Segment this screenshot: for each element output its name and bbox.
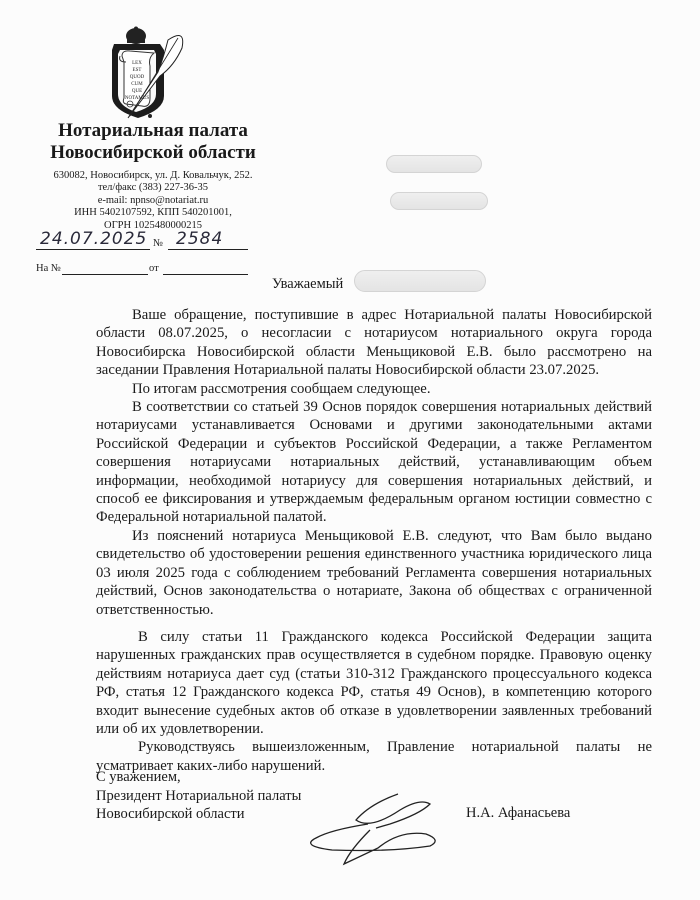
- svg-text:LEX: LEX: [132, 61, 142, 66]
- letter-page: LEX EST QUOD CUM QUE NOTAMUS Нотариальна…: [0, 0, 700, 900]
- svg-text:CUM: CUM: [131, 82, 143, 87]
- svg-text:QUE: QUE: [132, 89, 142, 94]
- paragraph-civil-code: В силу статьи 11 Гражданского кодекса Ро…: [96, 628, 652, 738]
- svg-text:NOTAMUS: NOTAMUS: [125, 96, 150, 101]
- paragraph-article-39: В соответствии со статьей 39 Основ поряд…: [96, 398, 652, 527]
- handwritten-number: 2584: [176, 229, 223, 249]
- handwritten-signature-icon: [280, 790, 460, 870]
- inn-kpp: ИНН 5402107592, КПП 540201001,: [28, 207, 278, 219]
- closing-block: С уважением, Президент Нотариальной пала…: [96, 768, 301, 824]
- org-name-line2: Новосибирской области: [28, 142, 278, 164]
- closing-regards: С уважением,: [96, 768, 301, 787]
- date-underline: [36, 249, 150, 250]
- signer-name: Н.А. Афанасьева: [466, 805, 570, 822]
- paragraph-notary-explanation: Из пояснений нотариуса Меньщиковой Е.В. …: [96, 527, 652, 619]
- email: e-mail: npnso@notariat.ru: [28, 195, 278, 207]
- number-underline: [168, 249, 248, 250]
- paragraph-result-intro: По итогам рассмотрения сообщаем следующе…: [96, 380, 652, 398]
- handwritten-date: 24.07.2025: [40, 229, 147, 249]
- salutation: Уважаемый: [272, 276, 343, 293]
- svg-text:QUOD: QUOD: [130, 75, 145, 80]
- org-name-line1: Нотариальная палата: [28, 120, 278, 142]
- signer-title-line1: Президент Нотариальной палаты: [96, 787, 301, 806]
- organization-name: Нотариальная палата Новосибирской област…: [28, 120, 278, 164]
- ref-from-label: от: [149, 263, 159, 274]
- svg-text:EST: EST: [133, 68, 142, 73]
- ref-number-label: На №: [36, 263, 61, 274]
- redacted-recipient-name: [354, 270, 486, 292]
- outgoing-registration: 24.07.2025 № 2584: [36, 230, 248, 250]
- ref-number-underline: [62, 274, 148, 275]
- organization-contacts: 630082, Новосибирск, ул. Д. Ковальчук, 2…: [28, 170, 278, 232]
- signer-title-line2: Новосибирской области: [96, 805, 301, 824]
- redacted-recipient-line-2: [390, 192, 488, 210]
- salutation-text: Уважаемый: [272, 276, 343, 292]
- paragraph-request: Ваше обращение, поступившие в адрес Нота…: [96, 306, 652, 380]
- incoming-reference: На № от: [36, 261, 248, 275]
- redacted-recipient-line-1: [386, 155, 482, 173]
- phone: тел/факс (383) 227-36-35: [28, 182, 278, 194]
- address: 630082, Новосибирск, ул. Д. Ковальчук, 2…: [28, 170, 278, 182]
- number-label: №: [153, 238, 163, 249]
- letter-body: Ваше обращение, поступившие в адрес Нота…: [96, 306, 652, 775]
- notary-chamber-emblem-icon: LEX EST QUOD CUM QUE NOTAMUS: [108, 26, 190, 122]
- ref-date-underline: [163, 274, 248, 275]
